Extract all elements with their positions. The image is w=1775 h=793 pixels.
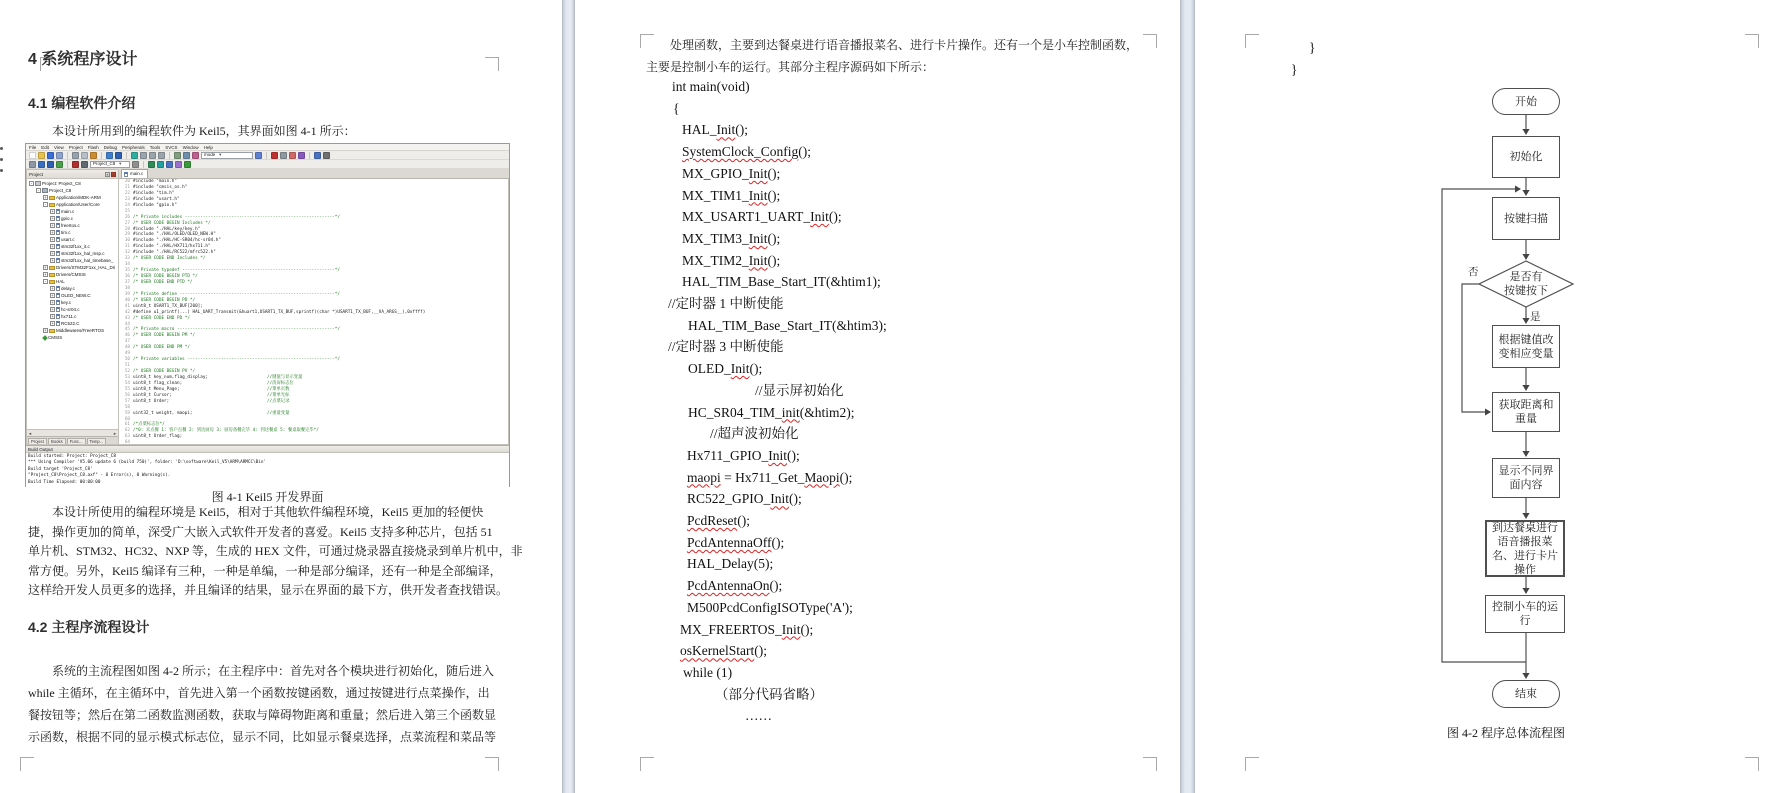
expand-icon[interactable]: + (50, 216, 55, 221)
source-code-line: HAL_Delay(5); (646, 553, 1146, 575)
toolbar-icon[interactable] (56, 161, 63, 168)
scroll-right-icon[interactable]: ► (113, 431, 117, 436)
margin-mark (1143, 757, 1157, 771)
menu-item[interactable]: Debug (104, 144, 117, 151)
panel-tab-books[interactable]: Books (48, 438, 66, 444)
tree-item[interactable]: +stm32f1xx_it.c (27, 243, 118, 250)
misspelled-token: PcdAntennaOn (687, 578, 769, 593)
tree-item-label: stm32f1xx_hal_msp.c (61, 250, 105, 257)
expand-icon[interactable]: + (50, 307, 55, 312)
source-code-line: …… (646, 705, 1146, 727)
expand-icon[interactable]: + (50, 321, 55, 326)
text-line: 处理函数，主要到达餐桌进行语音播报菜名、进行卡片操作。还有一个是小车控制函数， (646, 34, 1138, 56)
tree-item-label: Project_C8 (49, 187, 71, 194)
subsection-heading-41: 4.1 编程软件介绍 (28, 93, 135, 113)
margin-mark (485, 57, 499, 71)
keil-mode-value: mode (204, 152, 215, 158)
mainflow-description-paragraph: 系统的主流程图如图 4-2 所示；在主程序中：首先对各个模块进行初始化，随后进入… (28, 660, 490, 748)
tree-item-label: Project: Project_C8 (42, 180, 81, 187)
tree-item-label: Drivers/STM32F1xx_HAL_Dri (56, 264, 115, 271)
close-icon[interactable]: x (111, 172, 116, 177)
flowchart-node-arrive: 到达餐桌进行语音播报菜名、进行卡片操作 (1485, 520, 1565, 577)
tree-item[interactable]: +RC522.C (27, 320, 118, 327)
toolbar-icon[interactable] (280, 152, 287, 159)
flowchart-node-keyscan: 按键扫描 (1492, 197, 1560, 240)
flowchart-node-car: 控制小车的运行 (1485, 595, 1565, 633)
misspelled-token: PcdReset (687, 513, 737, 528)
keil-toolbar-2: Project_C8 ▼ (26, 160, 509, 169)
expand-icon[interactable]: + (50, 244, 55, 249)
chevron-down-icon: ▼ (118, 161, 122, 167)
flowchart-node-display: 显示不同界面内容 (1492, 458, 1560, 498)
tree-item[interactable]: +tim.c (27, 229, 118, 236)
handler-paragraph: 处理函数，主要到达餐桌进行语音播报菜名、进行卡片操作。还有一个是小车控制函数，主… (646, 34, 1138, 78)
expand-icon[interactable]: + (50, 251, 55, 256)
keil-ide-screenshot: FileEditViewProjectFlashDebugPeripherals… (25, 143, 510, 487)
source-code-line: //显示屏初始化 (646, 380, 1146, 402)
folder-icon (49, 273, 55, 277)
text-line: 单片机、STM32、HC32、NXP 等，生成的 HEX 文件，可通过烧录器直接… (28, 542, 490, 562)
misspelled-token: maopi (687, 470, 721, 485)
tree-item-label: Middlewares/FreeRTOS (56, 327, 104, 334)
file-icon (56, 321, 60, 326)
tree-item[interactable]: -HAL (27, 278, 118, 285)
text-line: 这样给开发人员更多的选择，并且编译的结果，显示在界面的最下方，供开发者查找错误。 (28, 581, 490, 601)
expand-icon[interactable]: + (43, 265, 48, 270)
panel-tab-func[interactable]: Func... (67, 438, 86, 444)
change-marker-dot (0, 158, 3, 161)
flowchart-node-end: 结束 (1492, 680, 1560, 708)
target-icon (42, 188, 48, 193)
subsection-heading-42: 4.2 主程序流程设计 (28, 617, 149, 637)
build-output-header: Build Output (26, 445, 509, 452)
misspelled-token: Init (717, 122, 736, 137)
toolbar-icon[interactable] (157, 161, 164, 168)
margin-mark (1245, 757, 1259, 771)
file-icon (56, 209, 60, 214)
collapse-icon[interactable]: - (43, 279, 48, 284)
margin-mark (1245, 34, 1259, 48)
source-code-line: （部分代码省略） (646, 684, 1146, 706)
tree-item-label: Drivers/CMSIS (56, 271, 86, 278)
toolbar-icon[interactable] (47, 161, 54, 168)
tree-item-label: freertos.c (61, 222, 80, 229)
file-icon (56, 300, 60, 305)
toolbar-icon[interactable] (72, 161, 79, 168)
flowchart-branch-no: 否 (1468, 264, 1479, 279)
toolbar-icon[interactable] (38, 161, 45, 168)
tree-item[interactable]: +key.c (27, 299, 118, 306)
toolbar-icon[interactable] (148, 161, 155, 168)
flowchart-node-start: 开始 (1492, 88, 1560, 115)
document-view: 4 系统程序设计 4.1 编程软件介绍 本设计所用到的编程软件为 Keil5，其… (0, 0, 1775, 793)
toolbar-icon[interactable] (149, 152, 156, 159)
menu-item[interactable]: View (54, 144, 64, 151)
build-output-log: Build started: Project: Project_C8*** Us… (26, 452, 509, 488)
keil-target-combobox[interactable]: Project_C8 ▼ (90, 161, 130, 168)
tree-item[interactable]: +Drivers/STM32F1xx_HAL_Dri (27, 264, 118, 271)
flowchart-node-decision: 是否有 按键按下 (1479, 261, 1573, 307)
tree-item[interactable]: +delay.c (27, 285, 118, 292)
menu-item[interactable]: File (29, 144, 36, 151)
tree-item[interactable]: +stm32f1xx_hal_msp.c (27, 250, 118, 257)
tree-item-label: key.c (61, 299, 71, 306)
source-code-line: //定时器 1 中断使能 (646, 293, 1146, 315)
tree-item-label: CMSIS (48, 334, 62, 341)
toolbar-icon[interactable] (72, 152, 79, 159)
tree-item-label: stm32f1xx_it.c (61, 243, 90, 250)
source-code-line: RC522_GPIO_Init(); (646, 488, 1146, 510)
file-icon (56, 251, 60, 256)
expand-icon[interactable]: + (50, 300, 55, 305)
misspelled-token: PcdAntennaOff (687, 535, 771, 550)
folder-icon (49, 280, 55, 284)
toolbar-icon[interactable] (140, 152, 147, 159)
menu-item[interactable]: Window (183, 144, 199, 151)
expand-icon[interactable]: + (50, 230, 55, 235)
toolbar-icon[interactable] (90, 152, 97, 159)
misspelled-token: SystemClock_Config (682, 144, 798, 159)
text-line: 示函数，根据不同的显示模式标志位，显示不同，比如显示餐桌选择，点菜流程和菜品等 (28, 726, 490, 748)
keil-toolbar-1: mode ▼ (26, 151, 509, 160)
source-code-line: M500PcdConfigISOType('A'); (646, 597, 1146, 619)
tree-item-label: RC522.C (61, 320, 80, 327)
collapse-icon[interactable]: - (43, 202, 48, 207)
toolbar-icon[interactable] (106, 152, 113, 159)
collapse-icon[interactable]: - (36, 188, 41, 193)
text-line: 主要是控制小车的运行。其部分主程序源码如下所示： (646, 56, 1138, 78)
keil-code-editor[interactable]: 20#include "main.h"21#include "cmsis_os.… (119, 179, 509, 445)
source-code-line: HAL_Init(); (646, 119, 1146, 141)
toolbar-separator (67, 152, 68, 159)
toolbar-icon[interactable] (38, 152, 45, 159)
menu-item[interactable]: SVCS (165, 144, 177, 151)
flowchart-branch-yes: 是 (1530, 309, 1541, 324)
file-icon (56, 258, 60, 263)
tree-item-label: stm32f1xx_hal_timebase_ (61, 257, 113, 264)
file-icon (56, 307, 60, 312)
tree-item-label: gpio.c (61, 215, 73, 222)
file-icon (56, 230, 60, 235)
toolbar-icon[interactable] (174, 152, 181, 159)
text-line: 系统的主流程图如图 4-2 所示；在主程序中：首先对各个模块进行初始化，随后进入 (28, 660, 490, 682)
source-code-line: { (646, 98, 1146, 120)
file-icon (56, 216, 60, 221)
toolbar-icon[interactable] (192, 152, 199, 159)
toolbar-separator (126, 152, 127, 159)
menu-item[interactable]: Edit (41, 144, 49, 151)
keil-editor-tabstrip: main.c (119, 169, 509, 179)
toolbar-icon[interactable] (183, 152, 190, 159)
file-icon (56, 244, 60, 249)
margin-mark (1745, 34, 1759, 48)
toolbar-separator (143, 161, 144, 168)
flowchart-node-changevar: 根据键值改变相应变量 (1492, 325, 1560, 368)
toolbar-icon[interactable] (47, 152, 54, 159)
text-line: 捷，操作更加的简单，深受广大嵌入式软件开发者的喜爱。Keil5 支持多种芯片，包… (28, 523, 490, 543)
source-code-line: SystemClock_Config(); (646, 141, 1146, 163)
menu-item[interactable]: Help (204, 144, 213, 151)
tree-item[interactable]: +usart.c (27, 236, 118, 243)
source-code-line: HAL_TIM_Base_Start_IT(&htim3); (646, 315, 1146, 337)
keil-project-panel-header: Project ▪ x (26, 169, 119, 179)
editor-tab-mainc[interactable]: main.c (121, 169, 148, 178)
tree-item[interactable]: +hx711.c (27, 313, 118, 320)
tree-item[interactable]: -Project_C8 (27, 187, 118, 194)
source-code-line: HAL_TIM_Base_Start_IT(&htim1); (646, 271, 1146, 293)
expand-icon[interactable]: + (43, 328, 48, 333)
toolbar-icon[interactable] (175, 161, 182, 168)
code-line: 64 (119, 440, 508, 444)
source-code-line: MX_TIM3_Init(); (646, 228, 1146, 250)
toolbar-separator (266, 152, 267, 159)
toolbar-icon[interactable] (166, 161, 173, 168)
misspelled-token: Init (749, 231, 768, 246)
source-code-line: PcdAntennaOff(); (646, 532, 1146, 554)
keil-description-paragraph: 本设计所使用的编程环境是 Keil5，相对于其他软件编程环境，Keil5 更加的… (28, 503, 490, 601)
figure-caption-42: 图 4-2 程序总体流程图 (1406, 724, 1606, 741)
keil-code-area[interactable]: 20#include "main.h"21#include "cmsis_os.… (119, 179, 508, 444)
misspelled-token: init (782, 405, 800, 420)
toolbar-icon[interactable] (131, 152, 138, 159)
toolbar-icon[interactable] (29, 161, 36, 168)
page-gap-2 (1180, 0, 1195, 793)
margin-mark (1745, 757, 1759, 771)
tree-horizontal-scrollbar[interactable]: ◄ ► (27, 429, 118, 436)
leaf-icon (42, 335, 48, 341)
source-code-line: PcdReset(); (646, 510, 1146, 532)
margin-mark (640, 757, 654, 771)
tree-item[interactable]: +Application/MDK-ARM (27, 194, 118, 201)
expand-icon[interactable]: + (50, 209, 55, 214)
folder-icon (49, 266, 55, 270)
tree-item-label: usart.c (61, 236, 75, 243)
source-code-line: MX_TIM2_Init(); (646, 250, 1146, 272)
code-closing-brace-outer: } (1291, 62, 1297, 78)
source-code-line: MX_TIM1_Init(); (646, 185, 1146, 207)
source-code-line: int main(void) (646, 76, 1146, 98)
toolbar-icon[interactable] (81, 161, 88, 168)
chevron-down-icon: ▼ (218, 152, 222, 158)
tree-item-label: delay.c (61, 285, 75, 292)
expand-icon[interactable]: + (50, 223, 55, 228)
keil-mode-combobox[interactable]: mode ▼ (201, 152, 253, 159)
source-code-line: MX_GPIO_Init(); (646, 163, 1146, 185)
toolbar-icon[interactable] (314, 152, 321, 159)
tree-item-label: OLED_NEW.C (61, 292, 91, 299)
toolbar-separator (169, 152, 170, 159)
misspelled-token: osKernelStart (680, 643, 754, 658)
menu-item[interactable]: Peripherals (122, 144, 145, 151)
change-marker-dot (0, 169, 3, 172)
tree-item[interactable]: +Drivers/CMSIS (27, 271, 118, 278)
text-line: 常方便。另外，Keil5 编译有三种，一种是单编，一种是部分编译，还有一种是全部… (28, 562, 490, 582)
misspelled-token: Init (782, 622, 801, 637)
toolbar-icon[interactable] (81, 152, 88, 159)
expand-icon[interactable]: + (50, 286, 55, 291)
source-code-line: MX_USART1_UART_Init(); (646, 206, 1146, 228)
text-line: 餐按钮等；然后在第二函数监测函数，获取与障碍物距离和重量；然后进入第三个函数显 (28, 704, 490, 726)
section-heading: 4 系统程序设计 (28, 46, 137, 69)
file-icon (56, 286, 60, 291)
tree-item[interactable]: +gpio.c (27, 215, 118, 222)
menu-item[interactable]: Tools (150, 144, 161, 151)
panel-tab-project[interactable]: Project (28, 438, 47, 444)
pin-icon[interactable]: ▪ (105, 172, 110, 177)
source-code-line: OLED_Init(); (646, 358, 1146, 380)
toolbar-separator (309, 152, 310, 159)
file-icon (56, 314, 60, 319)
tree-item[interactable]: -Project: Project_C8 (27, 180, 118, 187)
margin-mark (20, 757, 34, 771)
misspelled-token: Init (749, 253, 768, 268)
toolbar-icon[interactable] (323, 152, 330, 159)
margin-mark (1143, 34, 1157, 48)
source-code-line: osKernelStart(); (646, 640, 1146, 662)
change-marker-dot (0, 147, 3, 150)
misspelled-token: Init (770, 491, 789, 506)
misspelled-token: Init (810, 209, 829, 224)
intro-paragraph: 本设计所用到的编程软件为 Keil5，其界面如图 4-1 所示： (28, 122, 488, 142)
tree-item[interactable]: +stm32f1xx_hal_timebase_ (27, 257, 118, 264)
keil-menu-bar: FileEditViewProjectFlashDebugPeripherals… (26, 144, 509, 151)
misspelled-token: Init (749, 188, 768, 203)
tree-item[interactable]: +main.c (27, 208, 118, 215)
expand-icon[interactable]: + (43, 272, 48, 277)
source-code-line: while (1) (646, 662, 1146, 684)
code-closing-brace-inner: } (1309, 40, 1315, 56)
expand-icon[interactable]: + (50, 258, 55, 263)
toolbar-icon[interactable] (255, 152, 262, 159)
file-icon (56, 223, 60, 228)
tree-item-label: tim.c (61, 229, 71, 236)
menu-item[interactable]: Project (69, 144, 83, 151)
expand-icon[interactable]: + (50, 314, 55, 319)
toolbar-icon[interactable] (115, 152, 122, 159)
scroll-left-icon[interactable]: ◄ (28, 431, 32, 436)
misspelled-token: Init (768, 448, 787, 463)
toolbar-separator (67, 161, 68, 168)
keil-project-panel-title: Project (29, 172, 43, 177)
source-code-line: HC_SR04_TIM_init(&htim2); (646, 402, 1146, 424)
misspelled-token: Maopi (804, 470, 839, 485)
flowchart-node-init: 初始化 (1492, 136, 1560, 178)
misspelled-token: Init (731, 361, 750, 376)
toolbar-icon[interactable] (56, 152, 63, 159)
tree-item-label: main.c (61, 208, 74, 215)
tree-item[interactable]: CMSIS (27, 334, 118, 341)
source-code-line: PcdAntennaOn(); (646, 575, 1146, 597)
text-line: 本设计所使用的编程环境是 Keil5，相对于其他软件编程环境，Keil5 更加的… (28, 503, 490, 523)
editor-tab-label: main.c (130, 170, 143, 178)
tree-item-label: Application/MDK-ARM (56, 194, 101, 201)
folder-icon (49, 203, 55, 207)
collapse-icon[interactable]: - (29, 181, 34, 186)
tree-item[interactable]: +freertos.c (27, 222, 118, 229)
keil-project-tree: -Project: Project_C8-Project_C8+Applicat… (27, 179, 118, 429)
source-code-line: maopi = Hx711_Get_Maopi(); (646, 467, 1146, 489)
file-icon (56, 293, 60, 298)
tree-item-label: HAL (56, 278, 65, 285)
tree-item[interactable]: +hc-sr04.c (27, 306, 118, 313)
folder-icon (49, 329, 55, 333)
text-line: while 主循环，在主循环中，首先进入第一个函数按键函数，通过按键进行点菜操作… (28, 682, 490, 704)
keil-project-panel: -Project: Project_C8-Project_C8+Applicat… (26, 179, 119, 445)
toolbar-icon[interactable] (271, 152, 278, 159)
toolbar-icon[interactable] (289, 152, 296, 159)
expand-icon[interactable]: + (50, 237, 55, 242)
file-icon (56, 237, 60, 242)
source-code-line: Hx711_GPIO_Init(); (646, 445, 1146, 467)
expand-icon[interactable]: + (50, 293, 55, 298)
tree-item-label: hx711.c (61, 313, 76, 320)
toolbar-icon[interactable] (158, 152, 165, 159)
tree-item[interactable]: +Middlewares/FreeRTOS (27, 327, 118, 334)
toolbar-icon[interactable] (132, 161, 139, 168)
tree-item[interactable]: -Application/User/Core (27, 201, 118, 208)
build-output-line: Build Time Elapsed: 00:00:00 (28, 480, 509, 486)
file-icon (124, 172, 128, 177)
root-icon (35, 181, 41, 186)
keil-target-value: Project_C8 (93, 161, 115, 167)
page-gap-1 (562, 0, 575, 793)
menu-item[interactable]: Flash (88, 144, 99, 151)
tree-item[interactable]: +OLED_NEW.C (27, 292, 118, 299)
toolbar-separator (101, 152, 102, 159)
toolbar-icon[interactable] (298, 152, 305, 159)
tree-item-label: hc-sr04.c (61, 306, 80, 313)
panel-tab-temp[interactable]: Temp... (87, 438, 107, 444)
tree-item-label: Application/User/Core (56, 201, 100, 208)
source-code-line: //定时器 3 中断使能 (646, 336, 1146, 358)
folder-icon (49, 196, 55, 200)
source-code-line: MX_FREERTOS_Init(); (646, 619, 1146, 641)
source-code-line: //超声波初始化 (646, 423, 1146, 445)
toolbar-icon[interactable] (184, 161, 191, 168)
toolbar-icon[interactable] (29, 152, 36, 159)
expand-icon[interactable]: + (43, 195, 48, 200)
margin-mark (485, 757, 499, 771)
flowchart-node-getdist: 获取距离和重量 (1492, 392, 1560, 432)
main-source-code: int main(void){HAL_Init();SystemClock_Co… (646, 76, 1146, 727)
keil-bottom-tabs: ProjectBooksFunc...Temp... (27, 436, 118, 444)
misspelled-token: Init (749, 166, 768, 181)
